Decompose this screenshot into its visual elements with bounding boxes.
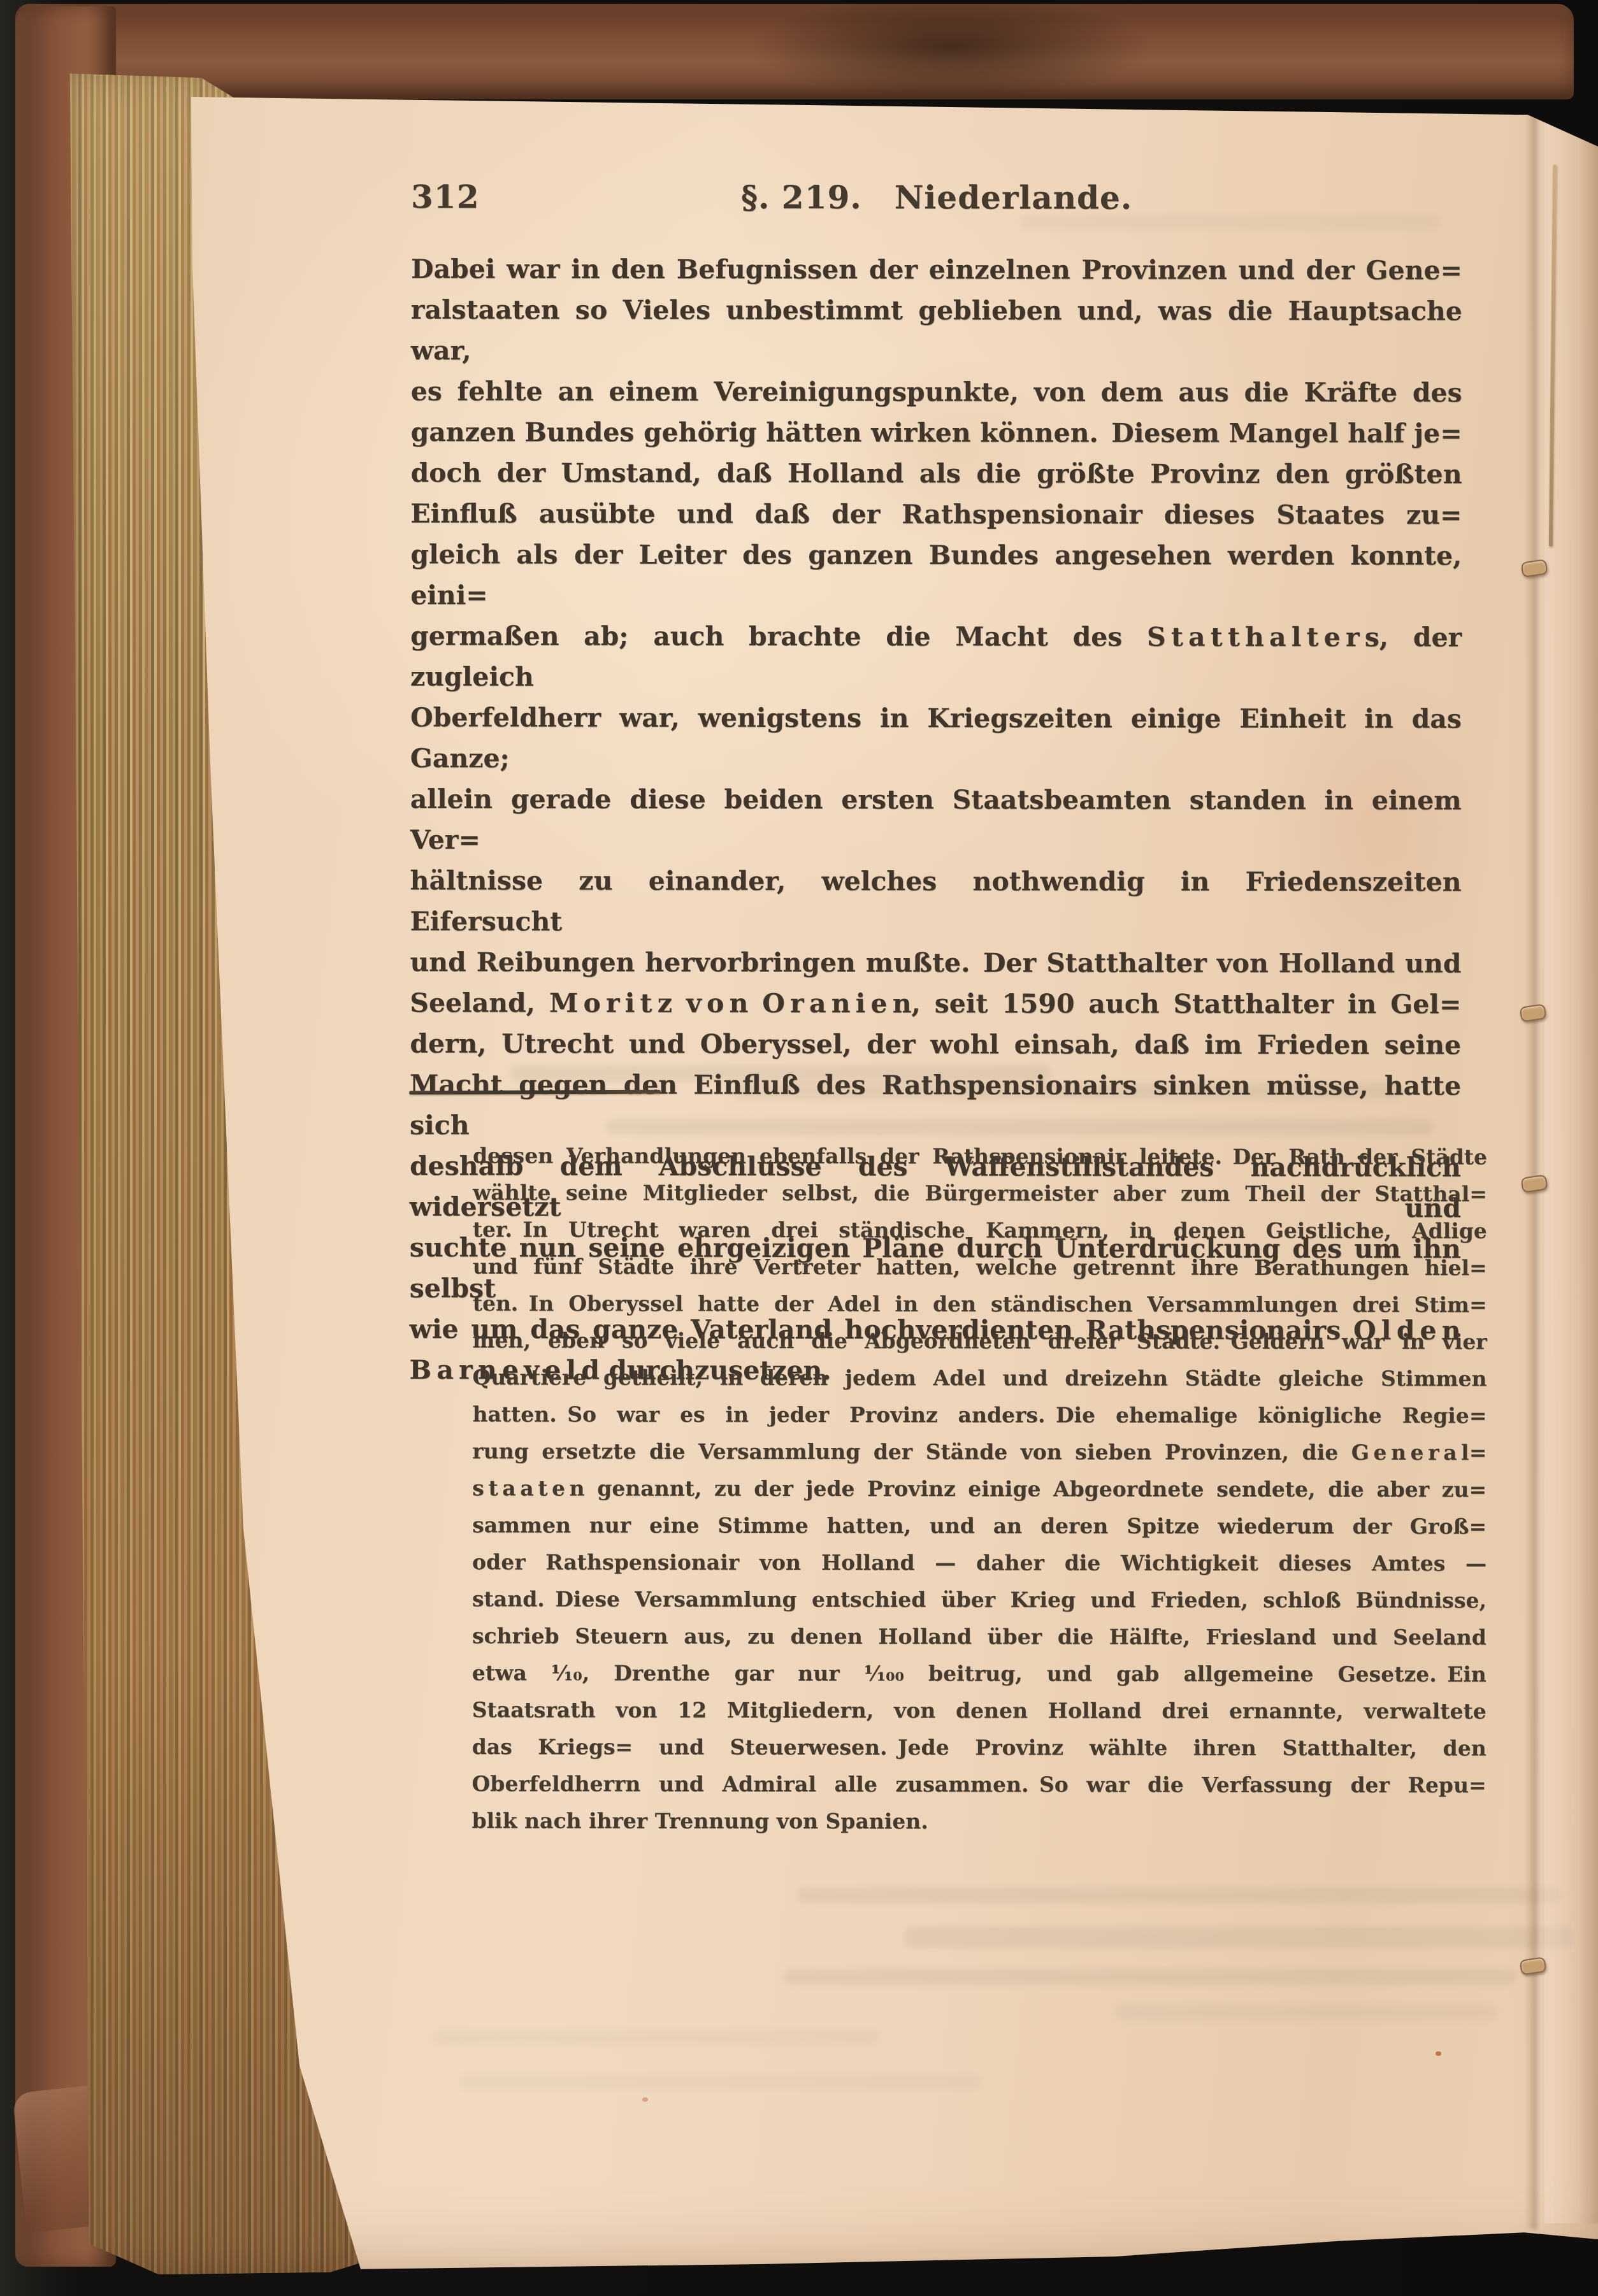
footnote-line: ten. In Oberyssel hatte der Adel in den … [473,1285,1487,1323]
body-text-line: gleich als der Leiter des ganzen Bundes … [410,534,1462,617]
footnote-line: s t a a t e n genannt, zu der jede Provi… [472,1470,1486,1508]
body-text-line: germaßen ab; auch brachte die Macht des … [410,615,1462,698]
running-header: §. 219. Niederlande. [411,178,1462,217]
body-text-line: dern, Utrecht und Oberyssel, der wohl ei… [410,1023,1461,1065]
footnote-line: Staatsrath von 12 Mitgliedern, von denen… [472,1691,1486,1730]
footnote-line: men, eben so viele auch die Abgeordneten… [473,1322,1487,1360]
body-text-line: Macht gegen den Einfluß des Rathspension… [410,1064,1461,1147]
footnote-line: etwa ¹⁄₁₀, Drenthe gar nur ¹⁄₁₀₀ beitrug… [472,1654,1486,1693]
footnote-line: sammen nur eine Stimme hatten, und an de… [472,1507,1486,1545]
body-text-line: ganzen Bundes gehörig hätten wirken könn… [411,412,1462,454]
body-text-line: ralstaaten so Vieles unbestimmt gebliebe… [411,289,1462,372]
body-text-line: Seeland, M o r i t z v o n O r a n i e n… [410,982,1461,1024]
body-text-line: und Reibungen hervorbringen mußte. Der S… [410,942,1461,984]
footnote-line: schrieb Steuern aus, zu denen Holland üb… [472,1618,1486,1656]
footnote-line: dessen Verhandlungen ebenfalls der Raths… [473,1137,1487,1175]
running-head-row: 312 §. 219. Niederlande. [411,178,1462,217]
book-scan: 312 §. 219. Niederlande. Dabei war in de… [0,0,1598,2296]
book-cover-top-edge [15,4,1574,99]
footnote-line: Quartiere getheilt, in deren jedem Adel … [472,1359,1486,1397]
footnote-block: dessen Verhandlungen ebenfalls der Raths… [471,1137,1487,1840]
footnote-line: hatten. So war es in jeder Provinz ander… [472,1396,1486,1434]
footnote-line: blik nach ihrer Trennung von Spanien. [471,1802,1486,1840]
body-text-line: doch der Umstand, daß Holland als die gr… [410,452,1462,494]
body-text-line: Dabei war in den Befugnissen der einzeln… [411,248,1462,291]
footnote-line: Oberfeldherrn und Admiral alle zusammen.… [472,1765,1486,1804]
footnote-line: rung ersetzte die Versammlung der Stände… [472,1433,1486,1471]
footnote-line: wählte seine Mitglieder selbst, die Bürg… [473,1174,1487,1212]
body-text-line: hältnisse zu einander, welches nothwendi… [410,860,1461,943]
body-text-line: es fehlte an einem Vereinigungspunkte, v… [411,371,1462,413]
footnote-line: ter. In Utrecht waren drei ständische Ka… [473,1211,1487,1249]
footnote-line: und fünf Städte ihre Vertreter hatten, w… [473,1248,1487,1286]
footnote-line: stand. Diese Versammlung entschied über … [472,1581,1486,1619]
body-text-line: Oberfeldherr war, wenigstens in Kriegsze… [410,697,1462,780]
footnote-line: oder Rathspensionair von Holland — daher… [472,1544,1486,1582]
body-text-line: allein gerade diese beiden ersten Staats… [410,778,1462,861]
body-text-line: Einfluß ausübte und daß der Rathspension… [410,493,1462,535]
footnote-line: das Kriegs= und Steuerwesen. Jede Provin… [472,1728,1486,1767]
